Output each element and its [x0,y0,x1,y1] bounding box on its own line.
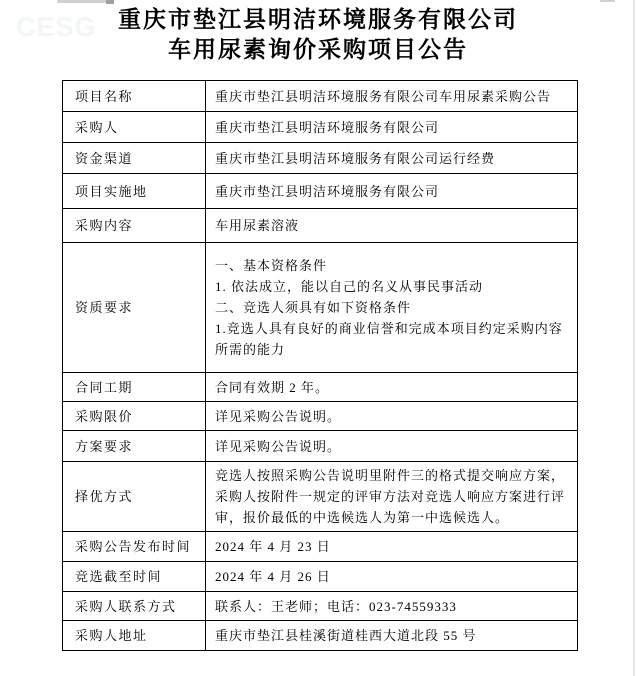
table-row: 采购人重庆市垫江县明洁环境服务有限公司 [63,112,578,143]
table-row: 采购人联系方式联系人：王老师；电话：023-74559333 [63,592,578,621]
row-label: 资金渠道 [63,143,206,174]
row-value: 车用尿素溶液 [206,209,578,243]
row-label: 采购公告发布时间 [63,532,206,562]
row-value: 详见采购公告说明。 [206,431,578,462]
announcement-table: 项目名称重庆市垫江县明洁环境服务有限公司车用尿素采购公告采购人重庆市垫江县明洁环… [62,80,578,651]
top-edge-artifact-knob [106,0,114,4]
table-row: 采购公告发布时间2024 年 4 月 23 日 [63,532,578,562]
table-row: 竞选截至时间2024 年 4 月 26 日 [63,562,578,592]
right-edge-line [633,0,635,676]
announcement-table-body: 项目名称重庆市垫江县明洁环境服务有限公司车用尿素采购公告采购人重庆市垫江县明洁环… [63,81,578,651]
row-value: 重庆市垫江县明洁环境服务有限公司运行经费 [206,143,578,174]
table-row: 采购人地址重庆市垫江县桂溪街道桂西大道北段 55 号 [63,621,578,651]
row-label: 采购内容 [63,209,206,243]
row-value: 重庆市垫江县桂溪街道桂西大道北段 55 号 [206,621,578,651]
top-edge-artifact-right [600,0,615,2]
row-value: 合同有效期 2 年。 [206,373,578,402]
row-label: 方案要求 [63,431,206,462]
table-row: 合同工期合同有效期 2 年。 [63,373,578,402]
row-label: 项目实施地 [63,174,206,209]
table-row: 资金渠道重庆市垫江县明洁环境服务有限公司运行经费 [63,143,578,174]
document-page: CESG 重庆市垫江县明洁环境服务有限公司 车用尿素询价采购项目公告 项目名称重… [0,0,636,676]
row-value: 2024 年 4 月 23 日 [206,532,578,562]
row-label: 采购人 [63,112,206,143]
table-row: 采购内容车用尿素溶液 [63,209,578,243]
row-value: 2024 年 4 月 26 日 [206,562,578,592]
row-value: 重庆市垫江县明洁环境服务有限公司 [206,174,578,209]
row-value: 重庆市垫江县明洁环境服务有限公司车用尿素采购公告 [206,81,578,112]
row-value: 一、基本资格条件 1. 依法成立，能以自己的名义从事民事活动 二、竞选人须具有如… [206,243,578,373]
row-value: 详见采购公告说明。 [206,402,578,431]
row-label: 采购人联系方式 [63,592,206,621]
table-row: 项目名称重庆市垫江县明洁环境服务有限公司车用尿素采购公告 [63,81,578,112]
table-row: 方案要求详见采购公告说明。 [63,431,578,462]
row-value: 重庆市垫江县明洁环境服务有限公司 [206,112,578,143]
row-label: 竞选截至时间 [63,562,206,592]
table-row: 资质要求一、基本资格条件 1. 依法成立，能以自己的名义从事民事活动 二、竞选人… [63,243,578,373]
table-row: 采购限价详见采购公告说明。 [63,402,578,431]
row-value: 竞选人按照采购公告说明里附件三的格式提交响应方案，采购人按附件一规定的评审方法对… [206,462,578,532]
row-value: 联系人：王老师；电话：023-74559333 [206,592,578,621]
title-line-1: 重庆市垫江县明洁环境服务有限公司 [0,5,636,35]
row-label: 采购人地址 [63,621,206,651]
table-row: 项目实施地重庆市垫江县明洁环境服务有限公司 [63,174,578,209]
row-label: 择优方式 [63,462,206,532]
document-title: 重庆市垫江县明洁环境服务有限公司 车用尿素询价采购项目公告 [0,5,636,65]
row-label: 项目名称 [63,81,206,112]
row-label: 采购限价 [63,402,206,431]
title-line-2: 车用尿素询价采购项目公告 [0,35,636,65]
table-row: 择优方式竞选人按照采购公告说明里附件三的格式提交响应方案，采购人按附件一规定的评… [63,462,578,532]
row-label: 资质要求 [63,243,206,373]
row-label: 合同工期 [63,373,206,402]
top-edge-artifact-left [57,0,107,3]
